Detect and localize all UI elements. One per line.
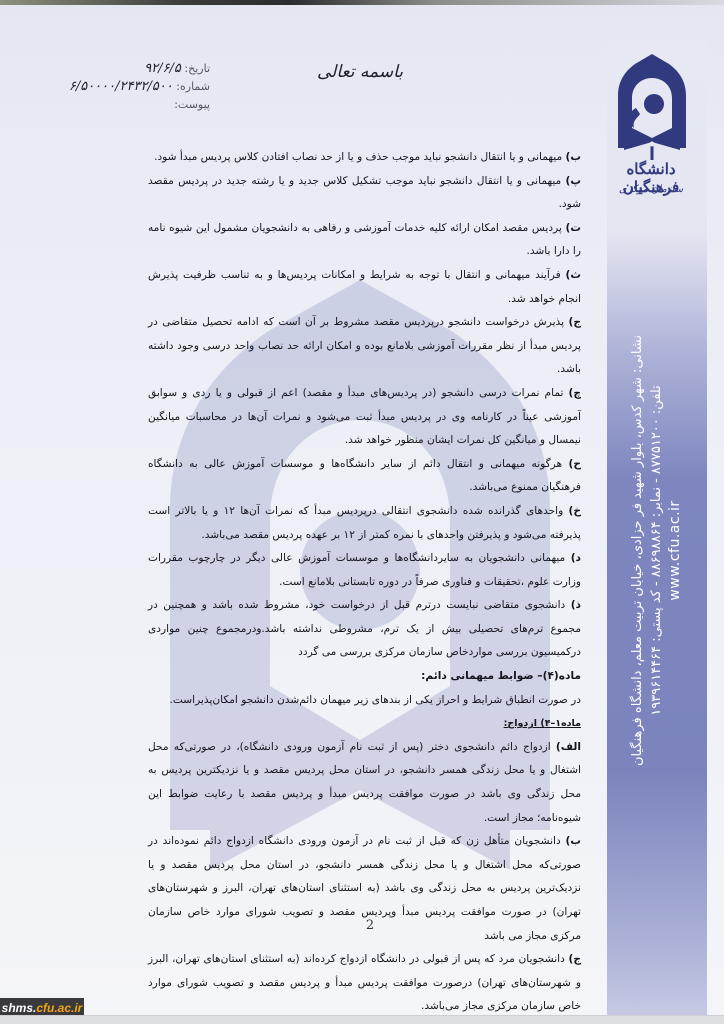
scan-bottom-edge	[0, 1015, 724, 1024]
subsection-heading: ماده۱–۴) ازدواج:	[148, 712, 581, 736]
number-value: ۶/۵۰۰۰۰/۲۴۳۲/۵۰۰	[69, 79, 173, 94]
website-link[interactable]: www.cfu.ac.ir	[666, 335, 685, 766]
phone-line: تلفن: ۸۷۷۵۱۲۰۰ - نمابر: ۸۸۶۹۸۸۶۴ - کد پس…	[647, 335, 666, 766]
scan-top-edge	[0, 0, 724, 5]
date-value: ۹۲/۶/۵	[144, 61, 181, 76]
clause: ج) دانشجویان مرد که پس از قبولی در دانشگ…	[148, 948, 581, 1019]
clause: خ) واحدهای گذرانده شده دانشجوی انتقالی د…	[148, 500, 581, 547]
address-line: نشانی: شهر کدس، بلوار شهید فر حزادی، خیا…	[628, 335, 647, 766]
page-number: 2	[360, 918, 380, 933]
date-row: تاریخ: ۹۲/۶/۵	[40, 60, 210, 78]
clause: ث) فرآیند میهمانی و انتقال با توجه به شر…	[148, 264, 581, 311]
article-heading: ماده(۴)– ضوابط میهمانی دائم:	[148, 665, 581, 689]
university-logo-icon	[614, 52, 690, 162]
logo-subtitle: سازمان مرکزی	[596, 184, 706, 195]
letter-meta: تاریخ: ۹۲/۶/۵ شماره: ۶/۵۰۰۰۰/۲۴۳۲/۵۰۰ پی…	[40, 60, 210, 114]
clause: ب) میهمانی و یا انتقال دانشجو نباید موجب…	[148, 146, 581, 170]
letterhead-contact-info: نشانی: شهر کدس، بلوار شهید فر حزادی، خیا…	[618, 240, 694, 860]
bismillah-heading: باسمه تعالی	[300, 62, 420, 82]
site-badge-prefix: shms.	[2, 1001, 37, 1015]
document-body: ب) میهمانی و یا انتقال دانشجو نباید موجب…	[148, 146, 581, 1019]
date-label: تاریخ:	[184, 62, 210, 75]
clause: ت) پردیس مقصد امکان ارائه کلیه خدمات آمو…	[148, 217, 581, 264]
number-label: شماره:	[176, 80, 210, 93]
clause: ج) پذیرش درخواست دانشجو درپردیس مقصد مشر…	[148, 311, 581, 382]
number-row: شماره: ۶/۵۰۰۰۰/۲۴۳۲/۵۰۰	[40, 78, 210, 96]
attachment-label: پیوست:	[174, 98, 210, 111]
site-badge-domain: cfu.ac.ir	[36, 1001, 82, 1015]
clause: الف) ازدواج دائم دانشجوی دختر (پس از ثبت…	[148, 736, 581, 830]
clause: چ) تمام نمرات درسی دانشجو (در پردیس‌های …	[148, 382, 581, 453]
clause: پ) میهمانی و یا انتقال دانشجو نباید موجب…	[148, 170, 581, 217]
clause: ح) هرگونه میهمانی و انتقال دائم از سایر …	[148, 453, 581, 500]
article-intro: در صورت انطباق شرایط و احراز یکی از بنده…	[148, 689, 581, 713]
clause: د) میهمانی دانشجویان به سایردانشگاه‌ها و…	[148, 547, 581, 594]
clause: ذ) دانشجوی متقاضی نبایست درترم قبل از در…	[148, 594, 581, 665]
document-page: دانشگاه فرهنگیان سازمان مرکزی نشانی: شهر…	[0, 0, 724, 1024]
attachment-row: پیوست:	[40, 96, 210, 114]
